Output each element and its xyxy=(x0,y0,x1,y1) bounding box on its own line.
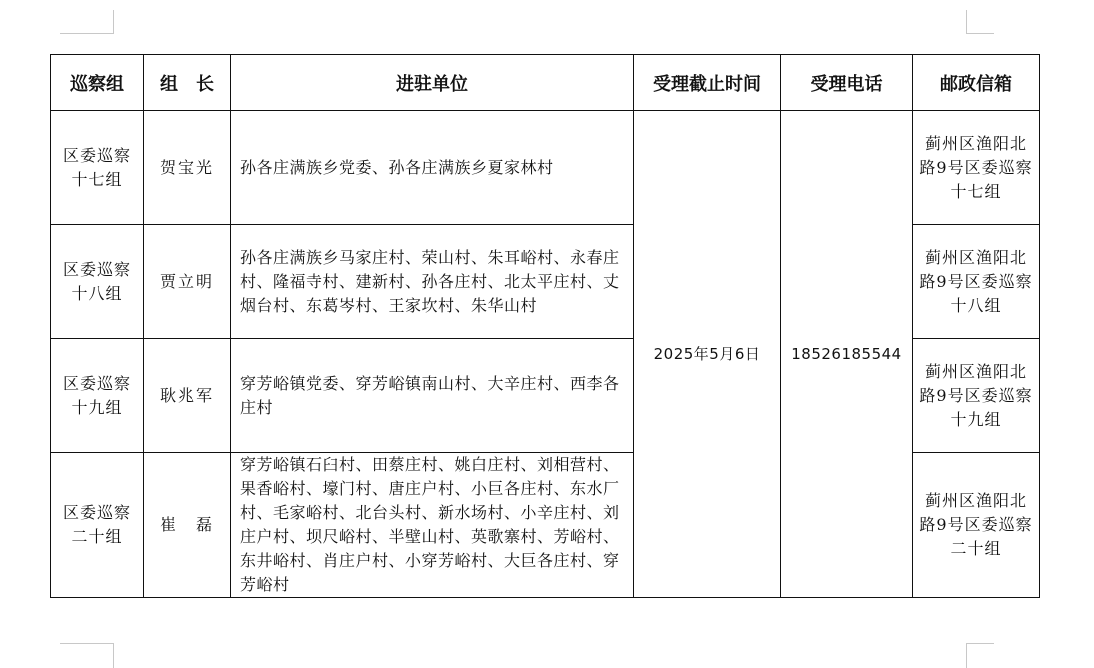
crop-mark-bottom-right xyxy=(966,643,994,668)
inspection-table: 巡察组 组 长 进驻单位 受理截止时间 受理电话 邮政信箱 区委巡察十七组 贺宝… xyxy=(50,54,1040,598)
units-cell: 穿芳峪镇石臼村、田蔡庄村、姚白庄村、刘相营村、果香峪村、壕门村、唐庄户村、小巨各… xyxy=(231,453,634,598)
mailbox-cell: 蓟州区渔阳北路9号区委巡察十八组 xyxy=(913,225,1040,339)
crop-mark-bottom-left xyxy=(60,643,114,668)
header-phone: 受理电话 xyxy=(781,55,913,111)
units-cell: 穿芳峪镇党委、穿芳峪镇南山村、大辛庄村、西李各庄村 xyxy=(231,339,634,453)
deadline-cell: 2025年5月6日 xyxy=(634,111,781,598)
header-units: 进驻单位 xyxy=(231,55,634,111)
leader-cell: 贾立明 xyxy=(144,225,231,339)
group-cell: 区委巡察十八组 xyxy=(51,225,144,339)
leader-cell: 耿兆军 xyxy=(144,339,231,453)
group-cell: 区委巡察十七组 xyxy=(51,111,144,225)
leader-cell: 崔 磊 xyxy=(144,453,231,598)
crop-mark-top-left xyxy=(60,10,114,34)
header-deadline: 受理截止时间 xyxy=(634,55,781,111)
group-cell: 区委巡察十九组 xyxy=(51,339,144,453)
phone-cell: 18526185544 xyxy=(781,111,913,598)
mailbox-cell: 蓟州区渔阳北路9号区委巡察二十组 xyxy=(913,453,1040,598)
leader-cell: 贺宝光 xyxy=(144,111,231,225)
group-cell: 区委巡察二十组 xyxy=(51,453,144,598)
header-leader: 组 长 xyxy=(144,55,231,111)
units-cell: 孙各庄满族乡党委、孙各庄满族乡夏家林村 xyxy=(231,111,634,225)
mailbox-cell: 蓟州区渔阳北路9号区委巡察十七组 xyxy=(913,111,1040,225)
header-mailbox: 邮政信箱 xyxy=(913,55,1040,111)
units-cell: 孙各庄满族乡马家庄村、荣山村、朱耳峪村、永春庄村、隆福寺村、建新村、孙各庄村、北… xyxy=(231,225,634,339)
header-group: 巡察组 xyxy=(51,55,144,111)
table-row: 区委巡察十七组 贺宝光 孙各庄满族乡党委、孙各庄满族乡夏家林村 2025年5月6… xyxy=(51,111,1040,225)
crop-mark-top-right xyxy=(966,10,994,34)
header-row: 巡察组 组 长 进驻单位 受理截止时间 受理电话 邮政信箱 xyxy=(51,55,1040,111)
mailbox-cell: 蓟州区渔阳北路9号区委巡察十九组 xyxy=(913,339,1040,453)
